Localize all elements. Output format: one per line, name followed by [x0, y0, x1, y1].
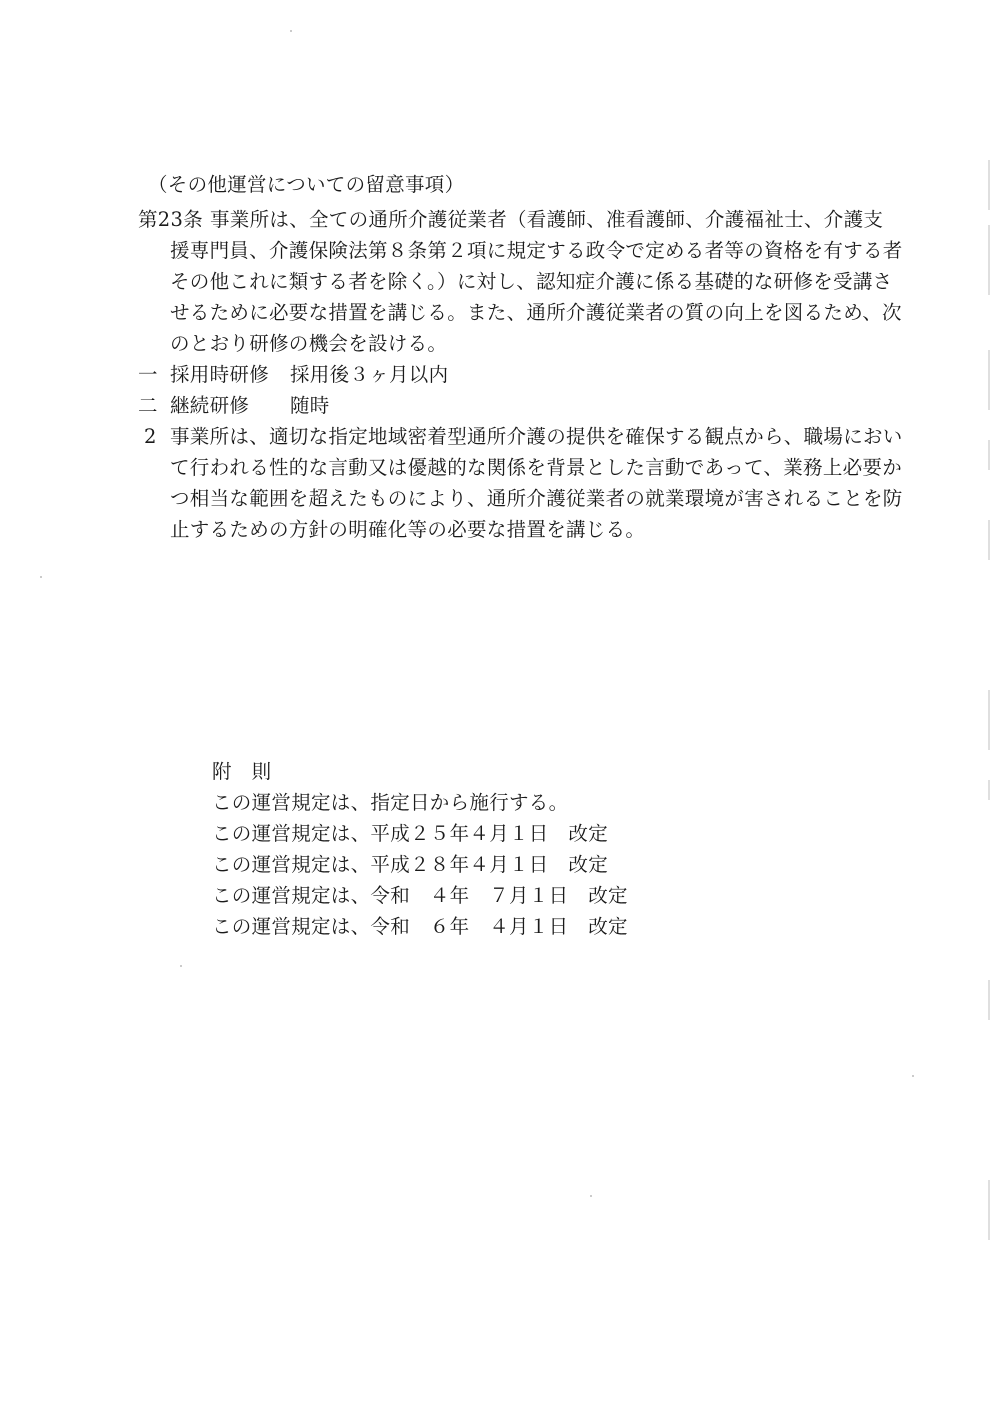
scan-speck [180, 965, 182, 967]
scan-artifact [988, 690, 990, 750]
article-line-4: せるために必要な措置を講じる。また、通所介護従業者の質の向上を図るため、次 [170, 298, 902, 328]
scan-speck [290, 30, 292, 32]
supplementary-line-1: この運営規定は、指定日から施行する。 [212, 788, 568, 818]
paragraph-2-line-3: つ相当な範囲を超えたものにより、通所介護従業者の就業環境が害されることを防 [170, 484, 903, 514]
scan-artifact [988, 440, 990, 470]
scan-artifact [988, 980, 990, 1020]
item-2-detail: 随時 [290, 391, 330, 421]
paragraph-2-number: 2 [144, 422, 157, 452]
paragraph-2-line-4: 止するための方針の明確化等の必要な措置を講じる。 [170, 515, 645, 545]
scan-artifact [988, 780, 990, 800]
paragraph-2-line-1: 事業所は、適切な指定地域密着型通所介護の提供を確保する観点から、職場におい [170, 422, 903, 452]
scan-artifact [988, 350, 990, 410]
supplementary-heading: 附 則 [212, 757, 271, 787]
scan-artifact [988, 160, 990, 210]
article-line-1: 事業所は、全ての通所介護従業者（看護師、准看護師、介護福祉士、介護支 [210, 205, 883, 235]
item-1-detail: 採用後３ヶ月以内 [290, 360, 448, 390]
scan-artifact [988, 225, 990, 295]
scan-speck [860, 465, 862, 467]
supplementary-line-3: この運営規定は、平成２８年４月１日 改定 [212, 850, 608, 880]
item-2-marker: 二 [138, 391, 158, 421]
article-line-3: その他これに類する者を除く。）に対し、認知症介護に係る基礎的な研修を受講さ [170, 267, 892, 297]
scan-artifact [988, 1180, 990, 1240]
article-line-2: 援専門員、介護保険法第８条第２項に規定する政令で定める者等の資格を有する者 [170, 236, 903, 266]
item-1-name: 採用時研修 [170, 360, 269, 390]
item-1-marker: 一 [138, 360, 158, 390]
scan-speck [912, 1075, 914, 1077]
scan-speck [40, 576, 42, 578]
article-line-5: のとおり研修の機会を設ける。 [170, 329, 447, 359]
item-2-name: 継続研修 [170, 391, 249, 421]
supplementary-line-5: この運営規定は、令和 ６年 ４月１日 改定 [212, 912, 628, 942]
supplementary-line-4: この運営規定は、令和 ４年 ７月１日 改定 [212, 881, 628, 911]
section-heading: （その他運営についての留意事項） [148, 170, 464, 200]
scan-speck [590, 1195, 592, 1197]
document-page: （その他運営についての留意事項） 第23条 事業所は、全ての通所介護従業者（看護… [0, 0, 1000, 1414]
paragraph-2-line-2: て行われる性的な言動又は優越的な関係を背景とした言動であって、業務上必要か [170, 453, 902, 483]
article-label: 第23条 [138, 205, 203, 235]
supplementary-line-2: この運営規定は、平成２５年４月１日 改定 [212, 819, 608, 849]
scan-artifact [988, 520, 990, 560]
